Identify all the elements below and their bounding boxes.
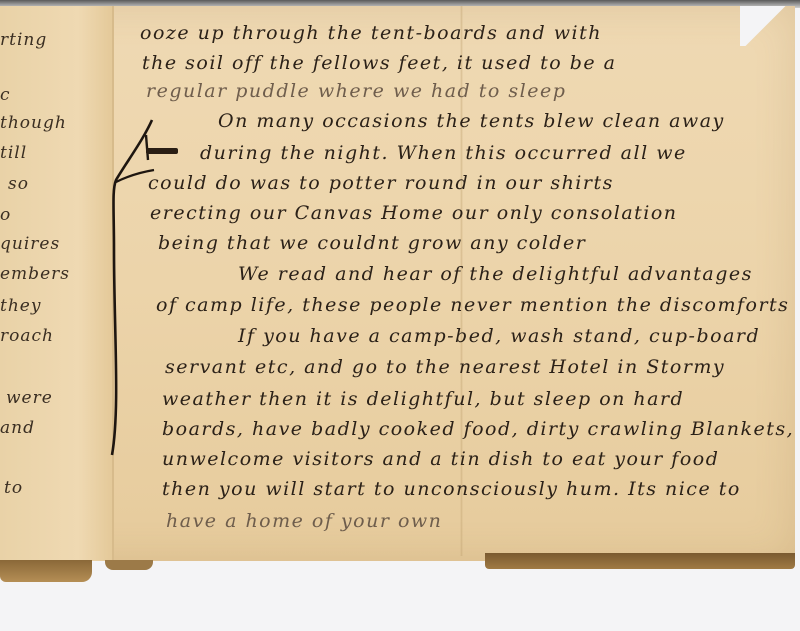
left-fragment: c (0, 85, 11, 105)
left-fragment: till (0, 143, 27, 163)
handwritten-line: of camp life, these people never mention… (156, 294, 789, 316)
handwritten-line: If you have a camp-bed, wash stand, cup-… (238, 325, 760, 347)
handwritten-line: then you will start to unconsciously hum… (162, 478, 741, 500)
handwritten-line: could do was to potter round in our shir… (148, 172, 614, 194)
handwritten-line: On many occasions the tents blew clean a… (218, 110, 725, 132)
handwritten-line: boards, have badly cooked food, dirty cr… (162, 418, 794, 440)
handwritten-line: erecting our Canvas Home our only consol… (150, 202, 678, 224)
left-fragment: they (0, 296, 41, 316)
struck-word (146, 148, 178, 154)
left-fragment: though (0, 113, 67, 133)
left-fragment: so (8, 174, 29, 194)
left-fragment: embers (0, 264, 70, 284)
left-fragment: rting (0, 30, 47, 50)
bottom-edge-stain (485, 553, 795, 569)
left-fragment: to (4, 478, 23, 498)
margin-bracket-mark (108, 110, 158, 480)
handwritten-line: ooze up through the tent-boards and with (140, 22, 602, 44)
left-fragment: quires (0, 234, 60, 254)
left-fragment: roach (0, 326, 54, 346)
handwritten-line: have a home of your own (166, 510, 442, 532)
bottom-edge-stain-left (0, 560, 92, 582)
handwritten-line: the soil off the fellows feet, it used t… (142, 52, 616, 74)
handwritten-line: servant etc, and go to the nearest Hotel… (165, 356, 725, 378)
handwritten-line: regular puddle where we had to sleep (146, 80, 566, 102)
handwritten-line: during the night. When this occurred all… (200, 142, 687, 164)
handwritten-line: We read and hear of the delightful advan… (238, 263, 753, 285)
bottom-edge-stain-mid (105, 560, 153, 570)
left-fragment: were (6, 388, 53, 408)
handwritten-line: being that we couldnt grow any colder (158, 232, 586, 254)
left-fragment: o (0, 205, 11, 225)
handwritten-line: unwelcome visitors and a tin dish to eat… (162, 448, 719, 470)
torn-corner (740, 6, 800, 46)
left-fragment: and (0, 418, 35, 438)
handwritten-line: weather then it is delightful, but sleep… (162, 388, 684, 410)
